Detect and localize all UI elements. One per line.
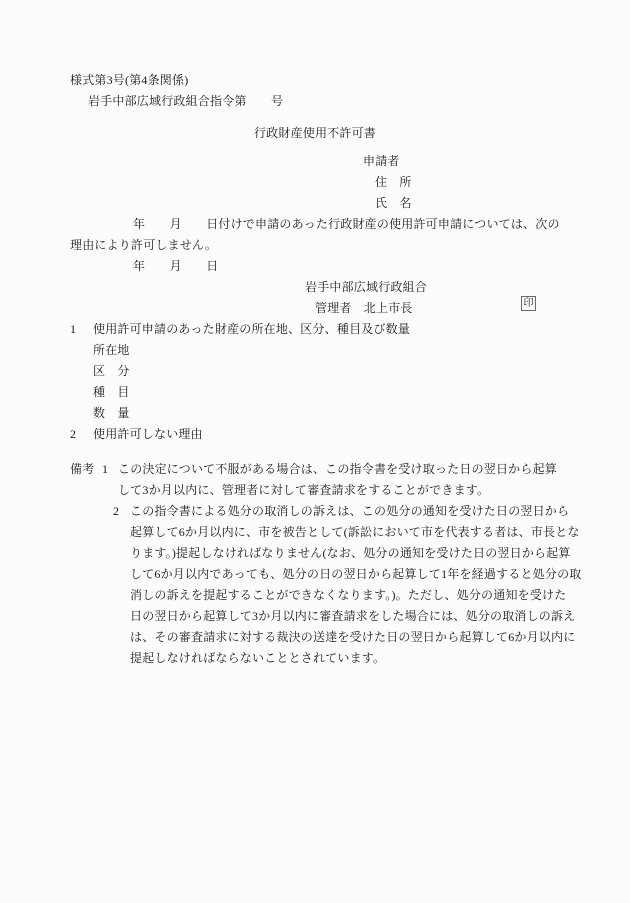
issue-date-line: 年 月 日 xyxy=(133,256,560,277)
document-page: 様式第3号(第4条関係) 岩手中部広域行政組合指令第 号 行政財産使用不許可書 … xyxy=(0,0,630,903)
remarks-label: 備考 xyxy=(70,459,102,669)
directive-number-line: 岩手中部広域行政組合指令第 号 xyxy=(88,91,560,112)
remark-text-line: この決定について不服がある場合は、この指令書を受け取った日の翌日から起算 xyxy=(118,459,581,480)
section-2-heading: 使用許可しない理由 xyxy=(93,424,203,445)
remark-item-2-text: この指令書による処分の取消しの訴えは、この処分の通知を受けた日の翌日から 起算し… xyxy=(130,501,581,669)
request-paragraph-line-2: 理由により許可しません。 xyxy=(70,235,560,256)
applicant-label: 申請者 xyxy=(363,151,560,172)
remark-text-line: 起算して6か月以内に、市を被告として(訴訟において市を代表する者は、市長とな xyxy=(130,522,581,543)
issuer-manager-line: 管理者 北上市長 印 xyxy=(70,298,560,319)
remark-text-line: この指令書による処分の取消しの訴えは、この処分の通知を受けた日の翌日から xyxy=(130,501,581,522)
remark-text-line: 提起しなければならないこととされています。 xyxy=(130,648,581,669)
section-2-heading-row: 2 使用許可しない理由 xyxy=(70,424,560,445)
section-1-number: 1 xyxy=(70,319,93,340)
page-title: 行政財産使用不許可書 xyxy=(70,123,560,144)
request-paragraph-line-1: 年 月 日付けで申請のあった行政財産の使用許可申請については、次の xyxy=(133,214,560,235)
applicant-name-label: 氏 名 xyxy=(375,193,560,214)
section-1-heading-row: 1 使用許可申請のあった財産の所在地、区分、種目及び数量 xyxy=(70,319,560,340)
remark-text-line: して6か月以内であっても、処分の日の翌日から起算して1年を経過すると処分の取 xyxy=(130,564,581,585)
remarks-block: 備考 1 この決定について不服がある場合は、この指令書を受け取った日の翌日から起… xyxy=(70,459,560,669)
manager-name-text: 管理者 北上市長 xyxy=(315,301,413,315)
remark-item-1: 1 この決定について不服がある場合は、この指令書を受け取った日の翌日から起算 し… xyxy=(102,459,581,501)
remark-text-line: ります。)提起しなければなりません(なお、処分の通知を受けた日の翌日から起算 xyxy=(130,543,581,564)
field-quantity-label: 数 量 xyxy=(93,403,560,424)
seal-mark: 印 xyxy=(521,296,536,311)
remark-item-2: 2 この指令書による処分の取消しの訴えは、この処分の通知を受けた日の翌日から 起… xyxy=(113,501,581,669)
remark-item-1-text: この決定について不服がある場合は、この指令書を受け取った日の翌日から起算 して3… xyxy=(118,459,581,501)
section-2-number: 2 xyxy=(70,424,93,445)
remark-text-line: して3か月以内に、管理者に対して審査請求をすることができます。 xyxy=(118,480,581,501)
remark-item-2-number: 2 xyxy=(113,501,130,669)
remark-text-line: 消しの訴えを提起することができなくなります。)。ただし、処分の通知を受けた xyxy=(130,585,581,606)
field-location-label: 所在地 xyxy=(93,340,560,361)
remarks-items: 1 この決定について不服がある場合は、この指令書を受け取った日の翌日から起算 し… xyxy=(102,459,581,669)
remark-item-1-number: 1 xyxy=(102,459,118,501)
remark-text-line: 日の翌日から起算して3か月以内に審査請求をした場合には、処分の取消しの訴え xyxy=(130,606,581,627)
section-1-heading: 使用許可申請のあった財産の所在地、区分、種目及び数量 xyxy=(93,319,410,340)
field-type-label: 種 目 xyxy=(93,382,560,403)
field-category-label: 区 分 xyxy=(93,361,560,382)
issuer-organization: 岩手中部広域行政組合 xyxy=(305,277,560,298)
remark-text-line: は、その審査請求に対する裁決の送達を受けた日の翌日から起算して6か月以内に xyxy=(130,627,581,648)
form-number: 様式第3号(第4条関係) xyxy=(70,70,560,91)
applicant-address-label: 住 所 xyxy=(375,172,560,193)
